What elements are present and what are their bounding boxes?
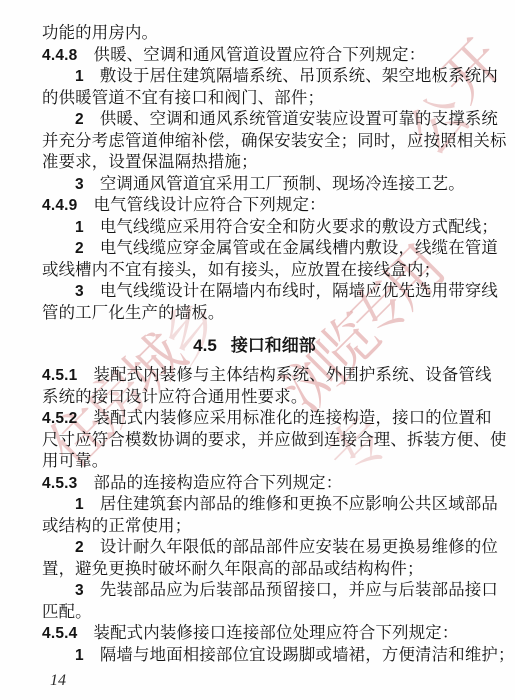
clause-number: 2	[75, 240, 84, 257]
line-text: 装配式内装修与主体结构系统、外围护系统、设备管线	[93, 365, 491, 384]
clause-number: 2	[75, 111, 84, 128]
text-line: 4.4.8供暖、空调和通风管道设置应符合下列规定：	[42, 44, 491, 66]
line-text: 装配式内装修应采用标准化的连接构造，接口的位置和	[93, 408, 491, 427]
line-text: 敷设于居住建筑隔墙系统、吊顶系统、架空地板系统内	[100, 66, 498, 85]
clause-number: 4.5.3	[42, 475, 77, 492]
text-line: 匹配。	[42, 601, 491, 623]
line-text: 先装部品应为后装部品预留接口，并应与后装部品接口	[100, 580, 498, 599]
line-text: 供暖、空调和通风管道设置应符合下列规定：	[93, 45, 425, 64]
text-line: 准要求，设置保温隔热措施；	[42, 151, 491, 173]
clause-number: 3	[75, 582, 84, 599]
page-number: 14	[42, 672, 491, 690]
line-text: 或结构的正常使用；	[42, 516, 191, 535]
text-line: 3电气线缆设计在隔墙内布线时，隔墙应优先选用带穿线	[42, 280, 491, 302]
line-text: 匹配。	[42, 602, 92, 621]
line-text: 准要求，设置保温隔热措施；	[42, 152, 258, 171]
text-line: 的供暖管道不宜有接口和阀门、部件；	[42, 87, 491, 109]
clause-number: 3	[75, 176, 84, 193]
section-title: 接口和细部	[231, 336, 316, 355]
text-line: 4.5.1装配式内装修与主体结构系统、外围护系统、设备管线	[42, 364, 491, 386]
line-text: 隔墙与地面相接部位宜设踢脚或墙裙，方便清洁和维护；	[100, 645, 515, 664]
section-number: 4.5	[193, 336, 217, 355]
line-text: 供暖、空调和通风系统管道安装应设置可靠的支撑系统	[100, 109, 498, 128]
text-line: 2设计耐久年限低的部品部件应安装在易更换易维修的位	[42, 536, 491, 558]
line-text: 空调通风管道宜采用工厂预制、现场冷连接工艺。	[100, 174, 465, 193]
page-content: 功能的用房内。4.4.8供暖、空调和通风管道设置应符合下列规定：1敷设于居住建筑…	[0, 0, 515, 690]
section-heading: 4.5接口和细部	[42, 335, 467, 357]
text-line: 或线槽内不宜有接头，如有接头，应放置在接线盒内；	[42, 259, 491, 281]
clause-number: 4.4.9	[42, 197, 77, 214]
text-line: 1居住建筑套内部品的维修和更换不应影响公共区域部品	[42, 493, 491, 515]
clause-number: 4.5.1	[42, 367, 77, 384]
clause-number: 1	[75, 68, 84, 85]
clause-number: 1	[75, 219, 84, 236]
line-text: 装配式内装修接口连接部位处理应符合下列规定：	[93, 623, 458, 642]
line-text: 管的工厂化生产的墙板。	[42, 303, 225, 322]
text-line: 4.5.4装配式内装修接口连接部位处理应符合下列规定：	[42, 622, 491, 644]
line-text: 部品的连接构造应符合下列规定：	[93, 473, 342, 492]
clause-number: 1	[75, 496, 84, 513]
text-line: 1电气线缆应采用符合安全和防火要求的敷设方式配线；	[42, 216, 491, 238]
text-line: 尺寸应符合模数协调的要求，并应做到连接合理、拆装方便、使	[42, 429, 491, 451]
text-line: 管的工厂化生产的墙板。	[42, 302, 491, 324]
text-line: 4.5.2装配式内装修应采用标准化的连接构造，接口的位置和	[42, 407, 491, 429]
text-line: 置，避免更换时破坏耐久年限高的部品或结构构件；	[42, 558, 491, 580]
line-text: 并充分考虑管道伸缩补偿，确保安装安全；同时，应按照相关标	[42, 131, 507, 150]
text-line: 4.4.9电气管线设计应符合下列规定：	[42, 194, 491, 216]
line-text: 电气管线设计应符合下列规定：	[93, 195, 325, 214]
clause-number: 2	[75, 539, 84, 556]
text-line: 2供暖、空调和通风系统管道安装应设置可靠的支撑系统	[42, 108, 491, 130]
text-line: 1敷设于居住建筑隔墙系统、吊顶系统、架空地板系统内	[42, 65, 491, 87]
clause-number: 1	[75, 647, 84, 664]
document-page: 住房城乡浏览专用专公开 功能的用房内。4.4.8供暖、空调和通风管道设置应符合下…	[0, 0, 515, 700]
text-line: 1隔墙与地面相接部位宜设踢脚或墙裙，方便清洁和维护；	[42, 644, 491, 666]
text-line: 或结构的正常使用；	[42, 515, 491, 537]
line-text: 设计耐久年限低的部品部件应安装在易更换易维修的位	[100, 537, 498, 556]
clause-number: 3	[75, 283, 84, 300]
text-line: 功能的用房内。	[42, 22, 491, 44]
line-text: 或线槽内不宜有接头，如有接头，应放置在接线盒内；	[42, 260, 440, 279]
clause-number: 4.5.4	[42, 625, 77, 642]
line-text: 尺寸应符合模数协调的要求，并应做到连接合理、拆装方便、使	[42, 430, 507, 449]
line-text: 居住建筑套内部品的维修和更换不应影响公共区域部品	[100, 494, 498, 513]
clause-number: 4.5.2	[42, 410, 77, 427]
line-text: 系统的接口设计应符合通用性要求。	[42, 387, 307, 406]
text-line: 3先装部品应为后装部品预留接口，并应与后装部品接口	[42, 579, 491, 601]
text-line: 系统的接口设计应符合通用性要求。	[42, 386, 491, 408]
text-line: 3空调通风管道宜采用工厂预制、现场冷连接工艺。	[42, 173, 491, 195]
text-line: 用可靠。	[42, 450, 491, 472]
line-text: 置，避免更换时破坏耐久年限高的部品或结构构件；	[42, 559, 424, 578]
text-line: 2电气线缆应穿金属管或在金属线槽内敷设，线缆在管道	[42, 237, 491, 259]
line-text: 用可靠。	[42, 451, 108, 470]
line-text: 电气线缆应采用符合安全和防火要求的敷设方式配线；	[100, 217, 498, 236]
line-text: 的供暖管道不宜有接口和阀门、部件；	[42, 88, 324, 107]
line-text: 电气线缆应穿金属管或在金属线槽内敷设，线缆在管道	[100, 238, 498, 257]
text-line: 4.5.3部品的连接构造应符合下列规定：	[42, 472, 491, 494]
text-line: 并充分考虑管道伸缩补偿，确保安装安全；同时，应按照相关标	[42, 130, 491, 152]
line-text: 电气线缆设计在隔墙内布线时，隔墙应优先选用带穿线	[100, 281, 498, 300]
clause-number: 4.4.8	[42, 47, 77, 64]
line-text: 功能的用房内。	[42, 23, 158, 42]
